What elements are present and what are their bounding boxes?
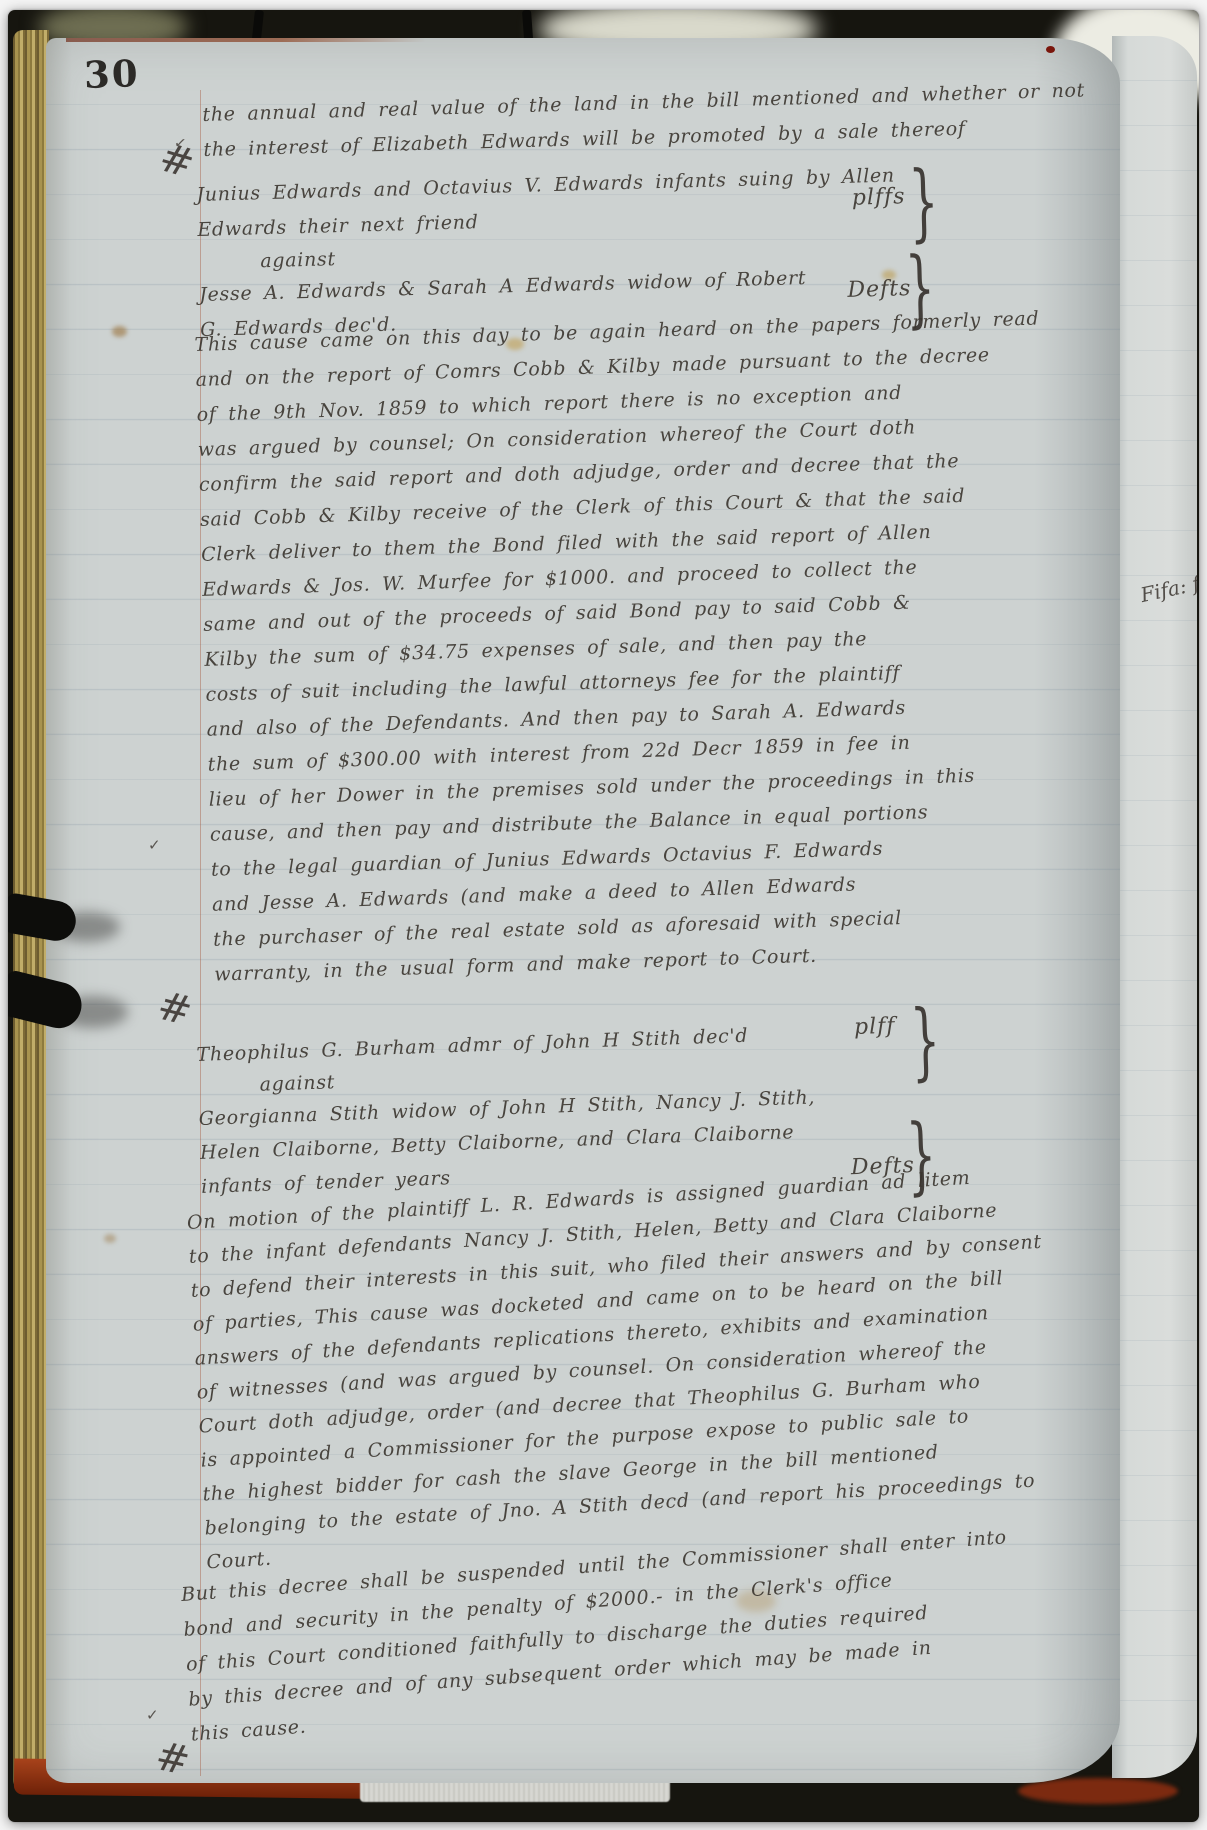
ink-stain-dot bbox=[1046, 46, 1055, 53]
page-number: 30 bbox=[83, 51, 140, 97]
margin-check-mark: ✓ bbox=[146, 1706, 159, 1724]
case2-decree-paragraph: On motion of the plaintiff L. R. Edwards… bbox=[186, 1152, 1136, 1579]
section-separator-mark: # bbox=[153, 983, 197, 1036]
case1-plaintiff-abbr: plffs bbox=[851, 184, 905, 210]
margin-annotation: Fifa: f bbox=[1138, 569, 1197, 607]
foxing-stain bbox=[112, 326, 127, 337]
case1-defendant-abbr: Defts bbox=[847, 276, 912, 303]
case2-plaintiff-brace: } bbox=[909, 998, 941, 1083]
ledger-photo: Fifa: f 30 the annual and real value of … bbox=[8, 10, 1199, 1822]
case1-plaintiff-brace: } bbox=[908, 159, 940, 244]
section-separator-mark: # bbox=[154, 134, 199, 187]
page-edge-stain bbox=[66, 38, 426, 42]
foxing-stain bbox=[104, 1234, 116, 1243]
section-separator-mark: # bbox=[152, 1733, 194, 1785]
continuation-paragraph: the annual and real value of the land in… bbox=[202, 73, 1104, 168]
ledger-page: 30 the annual and real value of the land… bbox=[46, 38, 1120, 1783]
case2-plaintiff-abbr: plff bbox=[854, 1014, 896, 1040]
case1-decree-paragraph: This cause came on this day to be again … bbox=[194, 299, 1129, 992]
margin-check-mark: ✓ bbox=[148, 836, 161, 854]
